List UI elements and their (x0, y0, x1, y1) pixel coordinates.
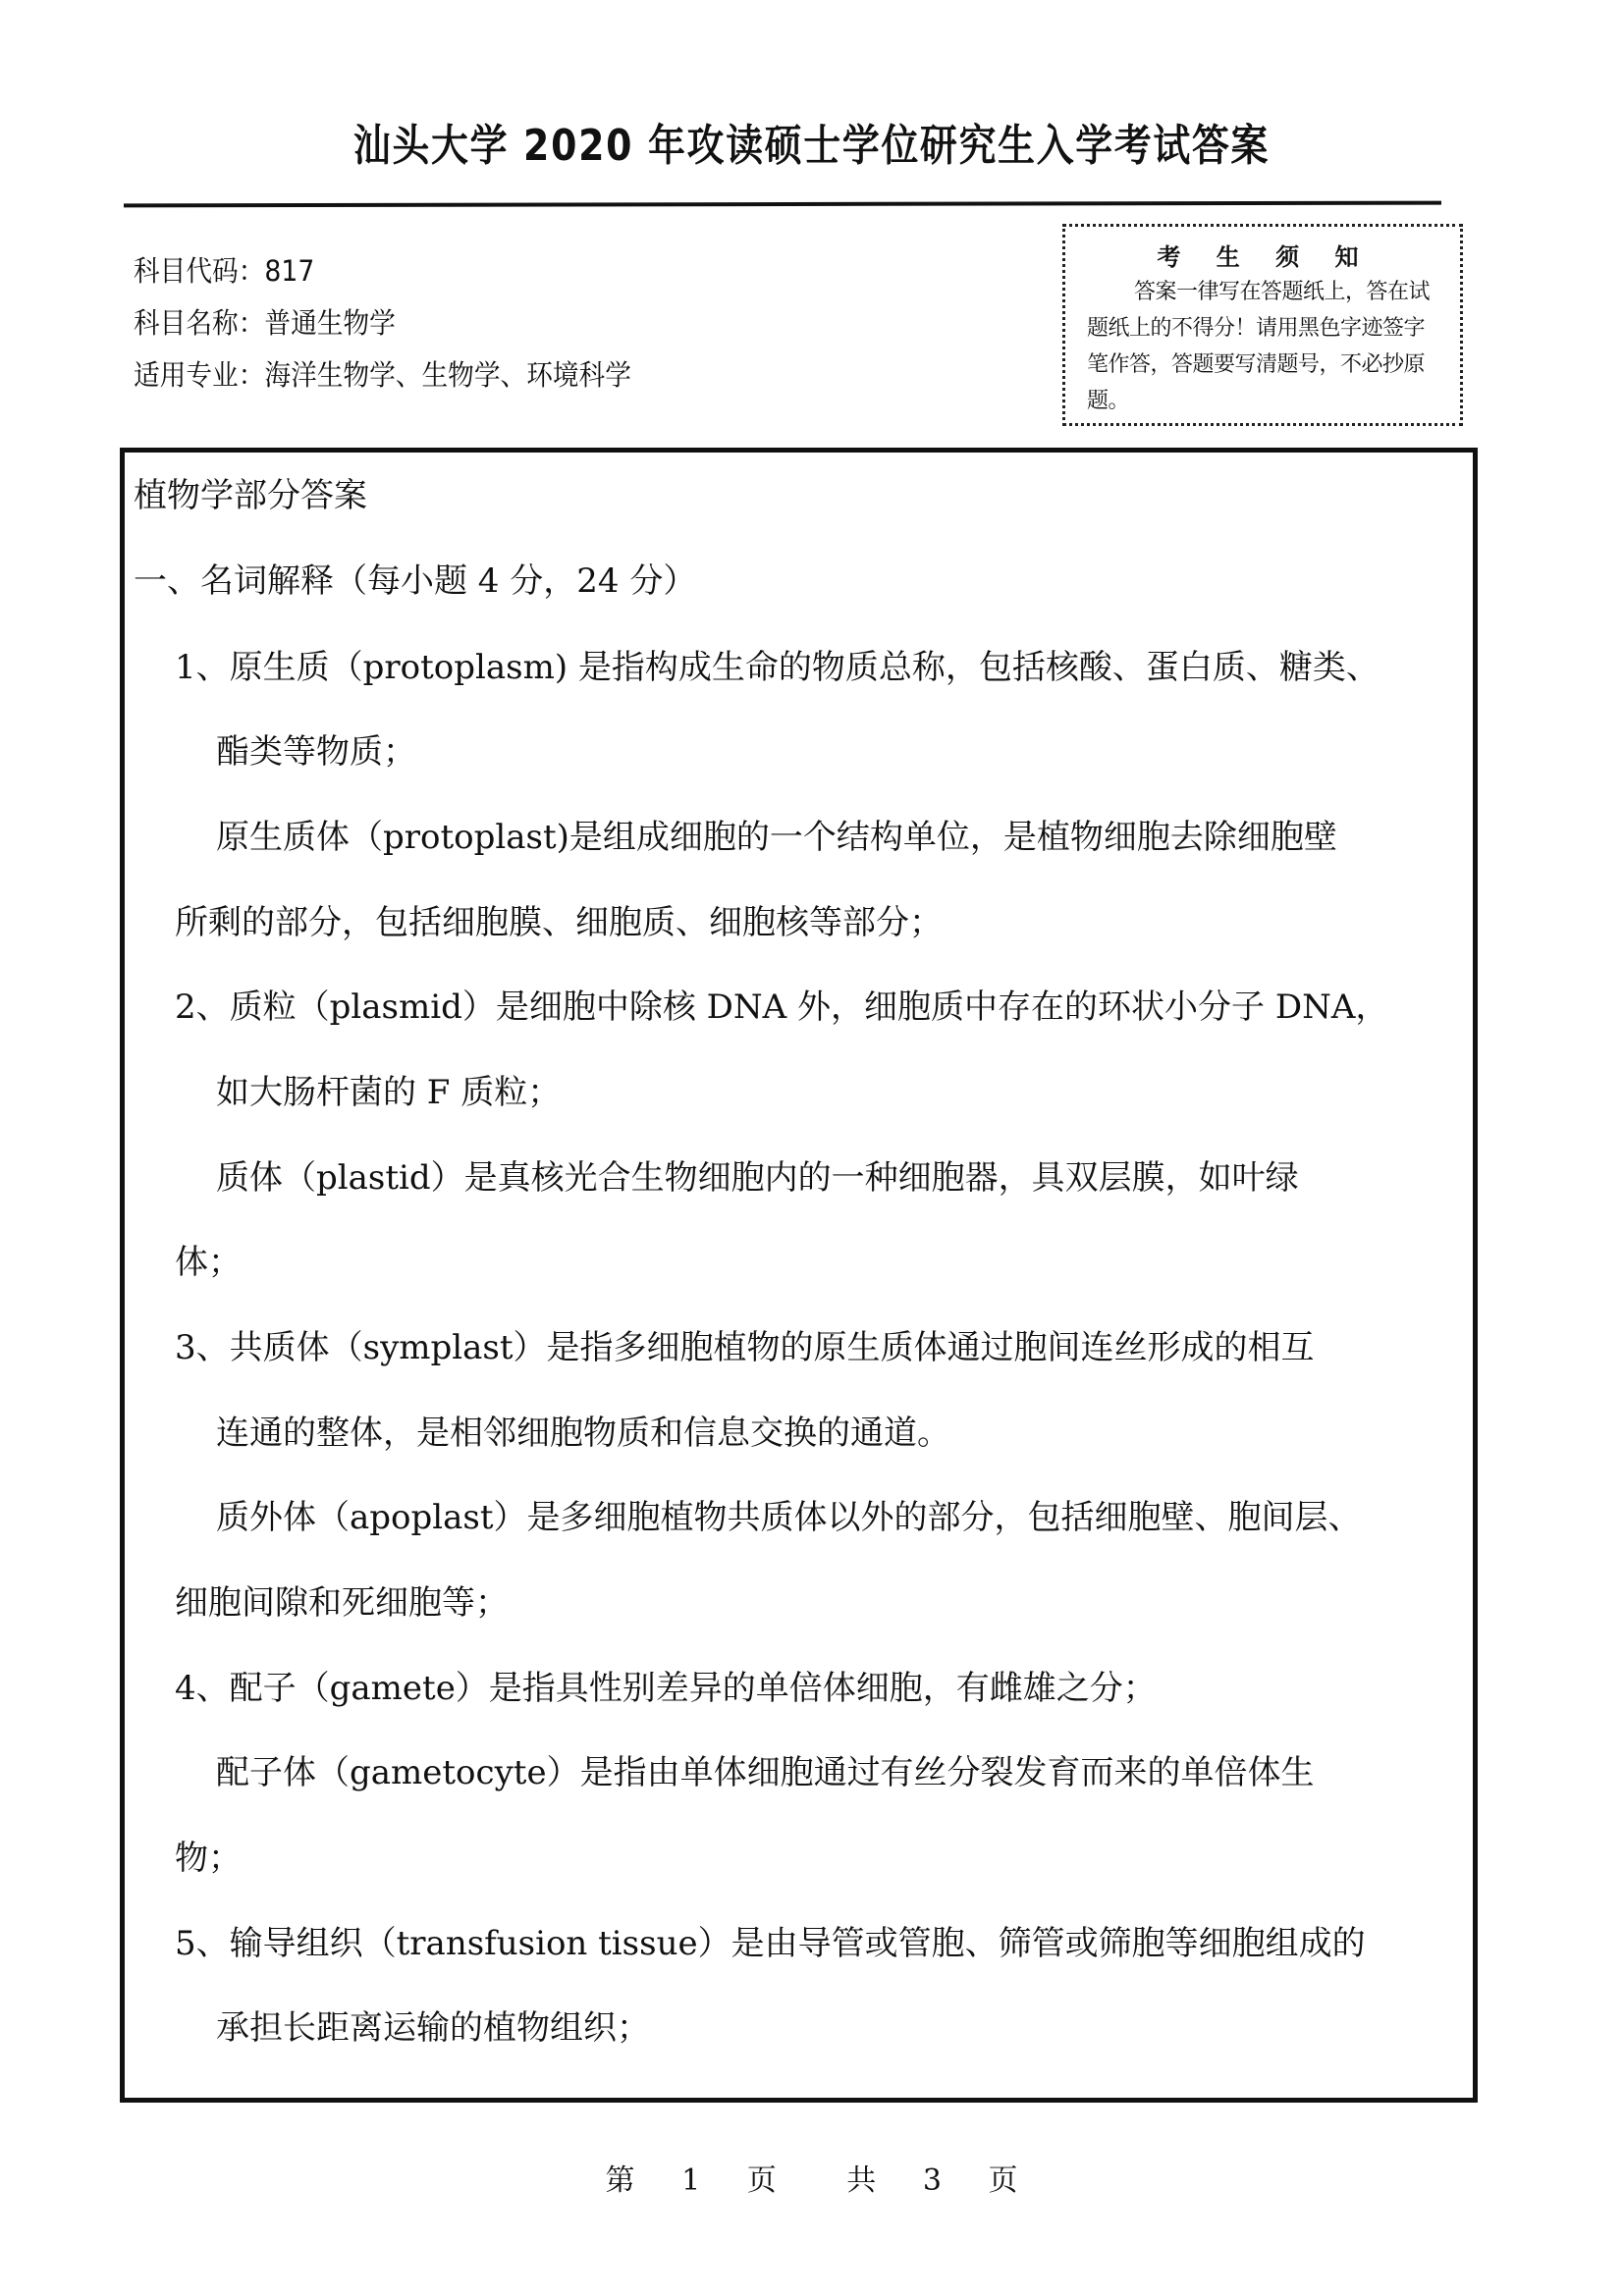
answer-line: 承担长距离运输的植物组织； (216, 2008, 650, 2048)
current-page-number: 1 (681, 2163, 700, 2198)
subject-code: 科目代码：817 (134, 245, 631, 297)
answer-line: 质外体（apoplast）是多细胞植物共质体以外的部分，包括细胞壁、胞间层、 (216, 1498, 1362, 1537)
answer-line: 连通的整体，是相邻细胞物质和信息交换的通道。 (216, 1414, 950, 1453)
section-title: 植物学部分答案 (134, 476, 367, 515)
subject-name: 科目名称：普通生物学 (134, 297, 631, 349)
footer-label: 页 (747, 2163, 777, 2198)
header-rule (124, 201, 1441, 208)
answer-line: 2、质粒（plasmid）是细胞中除核 DNA 外，细胞质中存在的环状小分子 D… (175, 988, 1388, 1027)
document-title: 汕头大学 2020 年攻读硕士学位研究生入学考试答案 (114, 110, 1510, 173)
footer-label: 共 (846, 2163, 876, 2198)
answer-line: 体； (175, 1243, 242, 1282)
footer-label: 第 (606, 2163, 635, 2198)
answer-line: 酯类等物质； (216, 732, 416, 772)
answer-line: 配子体（gametocyte）是指由单体细胞通过有丝分裂发育而来的单倍体生 (216, 1753, 1315, 1792)
answer-line: 5、输导组织（transfusion tissue）是由导管或管胞、筛管或筛胞等… (175, 1924, 1366, 1963)
answer-line: 细胞间隙和死细胞等； (175, 1583, 509, 1623)
answer-line: 质体（plastid）是真核光合生物细胞内的一种细胞器，具双层膜，如叶绿 (216, 1158, 1299, 1198)
notice-body: 答案一律写在答题纸上，答在试题纸上的不得分！请用黑色字迹签字笔作答，答题要写清题… (1087, 274, 1442, 419)
answer-line: 3、共质体（symplast）是指多细胞植物的原生质体通过胞间连丝形成的相互 (175, 1328, 1315, 1367)
answer-line: 如大肠杆菌的 F 质粒； (216, 1073, 561, 1112)
answer-line: 物； (175, 1839, 242, 1878)
part-heading: 一、名词解释（每小题 4 分，24 分） (134, 561, 696, 601)
footer-label: 页 (988, 2163, 1017, 2198)
applicable-majors: 适用专业：海洋生物学、生物学、环境科学 (134, 349, 631, 401)
answer-line: 所剩的部分，包括细胞膜、细胞质、细胞核等部分； (175, 903, 943, 942)
page-footer: 第 1 页 共 3 页 (0, 2156, 1623, 2199)
candidate-notice-box: 考 生 须 知 答案一律写在答题纸上，答在试题纸上的不得分！请用黑色字迹签字笔作… (1062, 224, 1463, 426)
answer-box (120, 448, 1478, 2103)
total-pages: 3 (923, 2163, 942, 2198)
notice-title: 考 生 须 知 (1087, 240, 1442, 274)
answer-line: 原生质体（protoplast)是组成细胞的一个结构单位，是植物细胞去除细胞壁 (216, 818, 1337, 857)
answer-line: 4、配子（gamete）是指具性别差异的单倍体细胞，有雌雄之分； (175, 1669, 1157, 1708)
answer-line: 1、原生质（protoplasm) 是指构成生命的物质总称，包括核酸、蛋白质、糖… (175, 648, 1380, 687)
exam-meta: 科目代码：817 科目名称：普通生物学 适用专业：海洋生物学、生物学、环境科学 (134, 245, 675, 401)
